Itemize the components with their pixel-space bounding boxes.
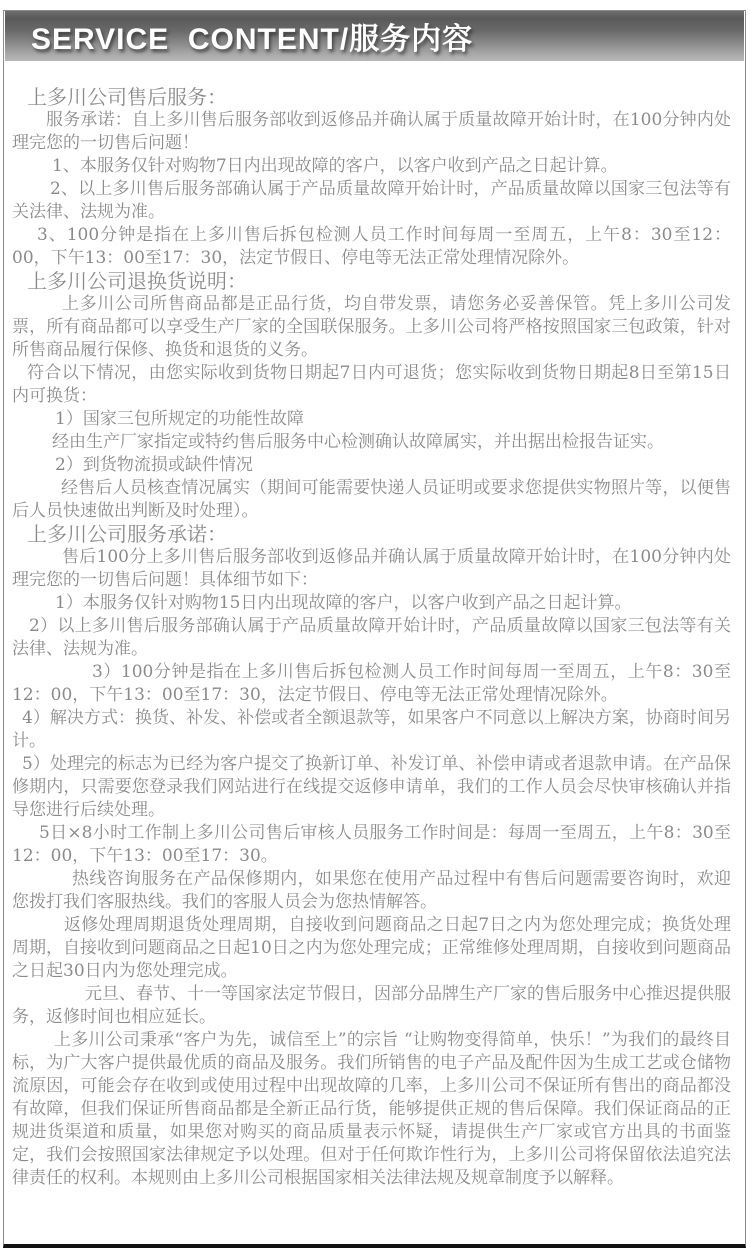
service-paragraph: 5）处理完的标志为已经为客户提交了换新订单、补发订单、补偿申请或者退款申请。在产… <box>12 753 731 822</box>
service-paragraph: 经由生产厂家指定或特约售后服务中心检测确认故障属实，并出据出检报告证实。 <box>12 431 731 454</box>
service-paragraph: 1、本服务仅针对购物7日内出现故障的客户，以客户收到产品之日起计算。 <box>12 155 731 178</box>
section-header-banner: SERVICE CONTENT/服务内容 <box>5 11 744 61</box>
return-policy-heading: 上多川公司退换货说明： <box>12 270 731 293</box>
service-text: 上多川公司售后服务： 服务承诺：自上多川售后服务部收到返修品并确认属于质量故障开… <box>4 61 745 1190</box>
service-paragraph: 2）以上多川售后服务部确认属于产品质量故障开始计时，产品质量故障以国家三包法等有… <box>12 615 731 661</box>
service-paragraph: 4）解决方式：换货、补发、补偿或者全额退款等，如果客户不同意以上解决方案，协商时… <box>12 707 731 753</box>
service-paragraph: 上多川公司秉承“客户为先，诚信至上”的宗旨 “让购物变得简单，快乐！”为我们的最… <box>12 1029 731 1190</box>
service-paragraph: 5日×8小时工作制上多川公司售后审核人员服务工作时间是：每周一至周五，上午8：3… <box>12 822 731 868</box>
service-paragraph: 元旦、春节、十一等国家法定节假日，因部分品牌生产厂家的售后服务中心推迟提供服务，… <box>12 983 731 1029</box>
service-paragraph: 经售后人员核查情况属实（期间可能需要快递人员证明或要求您提供实物照片等，以便售后… <box>12 477 731 523</box>
service-content-page: SERVICE CONTENT/服务内容 上多川公司售后服务： 服务承诺：自上多… <box>0 0 750 1250</box>
service-promise-heading: 上多川公司服务承诺： <box>12 523 731 546</box>
after-sales-heading: 上多川公司售后服务： <box>12 86 731 109</box>
section-title: SERVICE CONTENT/服务内容 <box>5 14 473 58</box>
service-paragraph: 热线咨询服务在产品保修期内，如果您在使用产品过程中有售后问题需要咨询时，欢迎您拨… <box>12 868 731 914</box>
service-paragraph: 2）到货物流损或缺件情况 <box>12 454 731 477</box>
service-paragraph: 3）100分钟是指在上多川售后拆包检测人员工作时间每周一至周五，上午8：30至1… <box>12 661 731 707</box>
service-paragraph: 2、以上多川售后服务部确认属于产品质量故障开始计时，产品质量故障以国家三包法等有… <box>12 178 731 224</box>
service-paragraph: 售后100分上多川售后服务部收到返修品并确认属于质量故障开始计时，在100分钟内… <box>12 546 731 592</box>
service-paragraph: 返修处理周期退货处理周期，自接收到问题商品之日起7日之内为您处理完成；换货处理周… <box>12 914 731 983</box>
service-paragraph: 符合以下情况，由您实际收到货物日期起7日内可退货；您实际收到货物日期起8日至第1… <box>12 362 731 408</box>
service-panel: SERVICE CONTENT/服务内容 上多川公司售后服务： 服务承诺：自上多… <box>3 10 746 1248</box>
service-paragraph: 1）本服务仅针对购物15日内出现故障的客户，以客户收到产品之日起计算。 <box>12 592 731 615</box>
service-paragraph: 服务承诺：自上多川售后服务部收到返修品并确认属于质量故障开始计时，在100分钟内… <box>12 109 731 155</box>
service-paragraph: 上多川公司所售商品都是正品行货，均自带发票，请您务必妥善保管。凭上多川公司发票，… <box>12 293 731 362</box>
service-paragraph: 1）国家三包所规定的功能性故障 <box>12 408 731 431</box>
service-paragraph: 3、100分钟是指在上多川售后拆包检测人员工作时间每周一至周五，上午8：30至1… <box>12 224 731 270</box>
